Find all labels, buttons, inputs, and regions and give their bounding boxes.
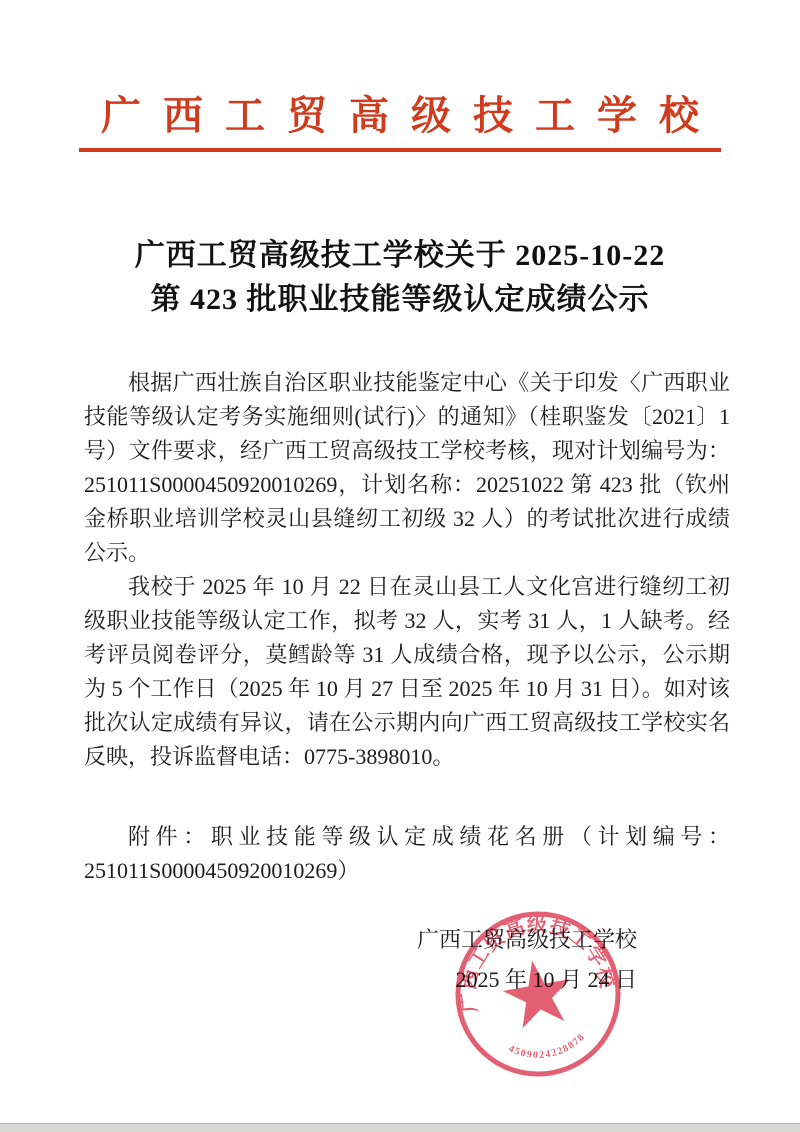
letterhead-school-name: 广西工贸高级技工学校 <box>0 92 800 140</box>
notice-title: 广西工贸高级技工学校关于 2025-10-22 第 423 批职业技能等级认定成… <box>0 234 800 322</box>
letterhead: 广西工贸高级技工学校 <box>0 92 800 152</box>
scanned-notice-page: 广西工贸高级技工学校 广西工贸高级技工学校关于 2025-10-22 第 423… <box>0 0 800 1132</box>
seal-code: 4509024228878 <box>505 1030 590 1067</box>
notice-body: 根据广西壮族自治区职业技能鉴定中心《关于印发〈广西职业技能等级认定考务实施细则(… <box>84 366 730 888</box>
notice-title-line-2: 第 423 批职业技能等级认定成绩公示 <box>0 278 800 322</box>
body-paragraph-2: 我校于 2025 年 10 月 22 日在灵山县工人文化宫进行缝纫工初级职业技能… <box>84 570 730 774</box>
body-paragraph-1: 根据广西壮族自治区职业技能鉴定中心《关于印发〈广西职业技能等级认定考务实施细则(… <box>84 366 730 570</box>
signature-issuer: 广西工贸高级技工学校 <box>0 920 637 960</box>
attachment-paragraph: 附件：职业技能等级认定成绩花名册（计划编号：251011S00004509200… <box>84 820 730 888</box>
scan-edge-bottom <box>0 1123 800 1132</box>
signature-block: 广西工贸高级技工学校 2025 年 10 月 24 日 <box>0 920 800 1000</box>
signature-date: 2025 年 10 月 24 日 <box>0 960 637 1000</box>
notice-title-line-1: 广西工贸高级技工学校关于 2025-10-22 <box>0 234 800 278</box>
letterhead-rule <box>79 148 721 152</box>
